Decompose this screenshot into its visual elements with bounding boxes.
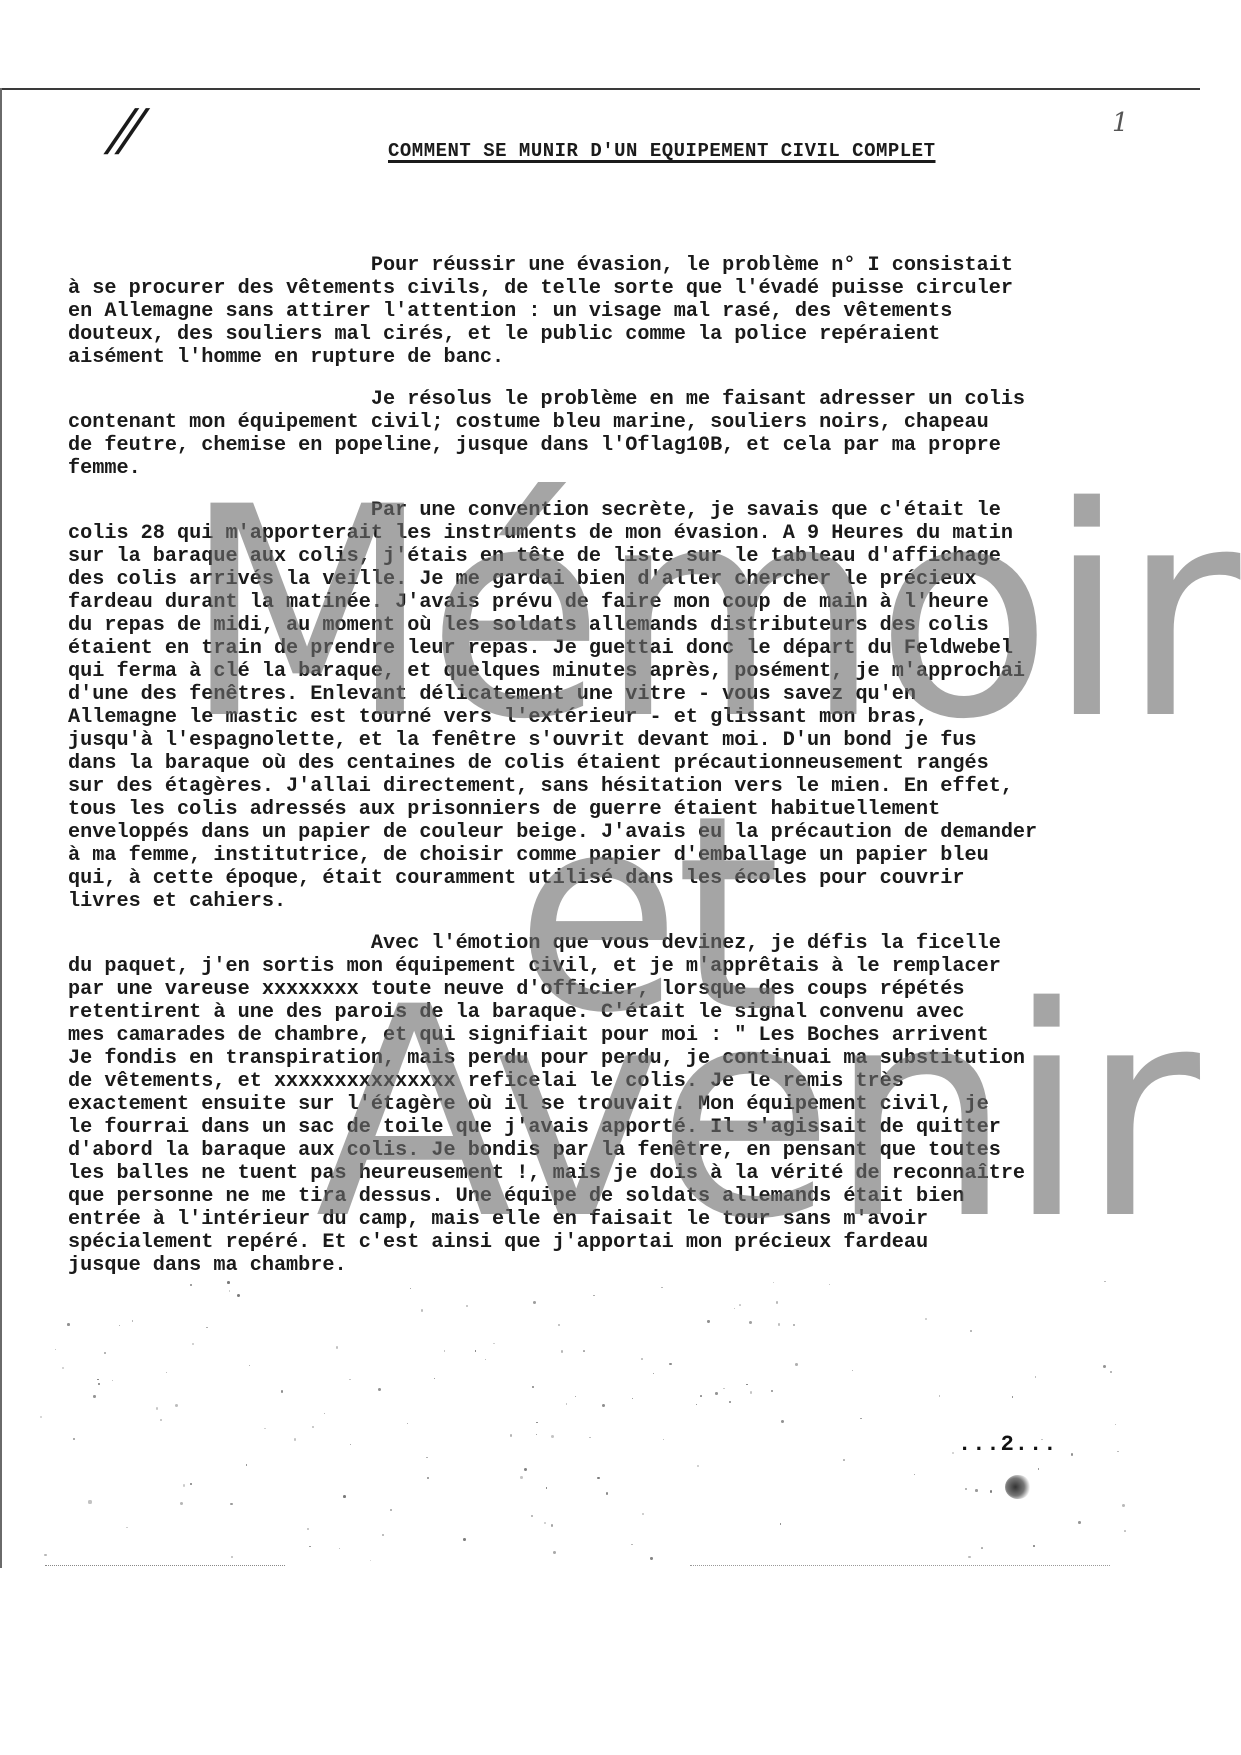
scan-speckle	[723, 1388, 724, 1389]
text-line: contenant mon équipement civil; costume …	[68, 411, 1178, 434]
scan-speckle	[88, 1500, 91, 1503]
scan-speckle	[700, 1395, 702, 1397]
text-line: sur des étagères. J'allai directement, s…	[68, 775, 1178, 798]
scan-speckle	[206, 1327, 208, 1329]
scan-speckle	[852, 1370, 853, 1371]
scan-speckle	[475, 1350, 477, 1352]
scan-speckle	[860, 1418, 862, 1420]
scan-speckle	[536, 1422, 537, 1423]
page-top-edge	[0, 88, 1200, 90]
scan-speckle	[444, 1350, 446, 1352]
scan-speckle	[771, 1390, 774, 1393]
scan-speckle	[485, 1359, 486, 1360]
scan-speckle	[156, 1407, 159, 1410]
text-line: de vêtements, et xxxxxxxxxxxxxxx reficel…	[68, 1070, 1178, 1093]
scan-speckle	[739, 1304, 741, 1306]
text-line: qui ferma à clé la baraque, et quelques …	[68, 660, 1178, 683]
text-line: à se procurer des vêtements civils, de t…	[68, 277, 1178, 300]
page-number: 1	[1112, 108, 1129, 138]
scan-speckle	[749, 1321, 752, 1324]
text-line: à ma femme, institutrice, de choisir com…	[68, 844, 1178, 867]
scan-speckle	[1104, 1281, 1106, 1283]
scan-speckle	[520, 1476, 523, 1479]
scan-speckle	[1038, 1468, 1040, 1470]
text-line: sur la baraque aux colis, j'étais en têt…	[68, 545, 1178, 568]
text-line: Avec l'émotion que vous devinez, je défi…	[68, 932, 1178, 955]
scan-speckle	[237, 1294, 240, 1297]
scan-speckle	[551, 1524, 553, 1526]
text-line: le fourrai dans un sac de toile que j'av…	[68, 1116, 1178, 1139]
text-line: mes camarades de chambre, et qui signifi…	[68, 1024, 1178, 1047]
text-line: retentirent à une des parois de la baraq…	[68, 1001, 1178, 1024]
scan-speckle	[370, 1560, 371, 1561]
scan-speckle	[339, 1548, 340, 1549]
scan-speckle	[166, 1372, 167, 1373]
scan-speckle	[642, 1513, 645, 1516]
scan-speckle	[558, 1324, 560, 1326]
scan-speckle	[952, 1452, 954, 1454]
scan-speckle	[463, 1538, 466, 1541]
scan-speckle	[1122, 1504, 1125, 1507]
scan-speckle	[192, 1343, 194, 1345]
scan-speckle	[510, 1434, 512, 1436]
scan-speckle	[427, 1477, 429, 1479]
scan-speckle	[227, 1281, 230, 1284]
scan-speckle	[1110, 1371, 1112, 1373]
scan-speckle	[593, 1295, 595, 1297]
text-line: en Allemagne sans attirer l'attention : …	[68, 300, 1178, 323]
scan-speckle	[533, 1301, 536, 1304]
scan-speckle	[843, 1459, 845, 1461]
scan-speckle	[551, 1435, 554, 1438]
text-line: livres et cahiers.	[68, 890, 1178, 913]
scan-speckle	[707, 1320, 709, 1322]
scan-speckle	[606, 1492, 608, 1494]
scanned-page: // 1 COMMENT SE MUNIR D'UN EQUIPEMENT CI…	[0, 0, 1241, 1755]
scan-speckle	[349, 1379, 351, 1381]
text-line: colis 28 qui m'apporterait les instrumen…	[68, 522, 1178, 545]
text-line: du paquet, j'en sortis mon équipement ci…	[68, 955, 1178, 978]
scan-speckle	[1078, 1521, 1081, 1524]
text-line: qui, à cette époque, était couramment ut…	[68, 867, 1178, 890]
document-body: Pour réussir une évasion, le problème n°…	[68, 254, 1178, 1296]
scan-speckle	[421, 1309, 424, 1312]
document-title: COMMENT SE MUNIR D'UN EQUIPEMENT CIVIL C…	[388, 140, 936, 162]
scan-speckle	[390, 1509, 392, 1511]
scan-speckle	[734, 1308, 735, 1309]
scan-speckle	[264, 1428, 266, 1430]
paragraph: Je résolus le problème en me faisant adr…	[68, 388, 1178, 480]
scan-speckle	[324, 1413, 325, 1414]
scan-speckle	[1071, 1453, 1074, 1456]
scan-speckle	[180, 1502, 183, 1505]
scan-speckle	[939, 1395, 940, 1396]
scan-speckle	[631, 1544, 632, 1545]
text-line: par une vareuse xxxxxxxx toute neuve d'o…	[68, 978, 1178, 1001]
scan-speckle	[426, 1457, 427, 1458]
scan-speckle	[229, 1290, 230, 1291]
scan-speckle	[975, 1489, 978, 1492]
text-line: jusque dans ma chambre.	[68, 1254, 1178, 1277]
text-line: enveloppés dans un papier de couleur bei…	[68, 821, 1178, 844]
scan-speckle	[175, 1404, 178, 1407]
scan-speckle	[965, 1488, 967, 1490]
text-line: aisément l'homme en rupture de banc.	[68, 346, 1178, 369]
handwritten-margin-mark: //	[106, 98, 139, 163]
scan-speckle	[746, 1384, 748, 1386]
scan-speckle	[104, 1352, 106, 1354]
page-bottom-edge-right	[690, 1565, 1110, 1567]
scan-speckle	[67, 1323, 70, 1326]
scan-speckle	[466, 1305, 468, 1307]
text-line: des colis arrivés la veille. Je me garda…	[68, 568, 1178, 591]
scan-speckle	[231, 1556, 233, 1558]
scan-speckle	[312, 1426, 314, 1428]
paragraph: Pour réussir une évasion, le problème n°…	[68, 254, 1178, 369]
scan-speckle	[407, 1423, 408, 1424]
scan-speckle	[781, 1420, 784, 1423]
scan-speckle	[98, 1383, 100, 1385]
scan-speckle	[669, 1363, 672, 1366]
scan-speckle	[566, 1403, 568, 1405]
page-bottom-edge	[45, 1565, 285, 1567]
page-left-edge	[0, 88, 2, 1568]
text-line: Pour réussir une évasion, le problème n°…	[68, 254, 1178, 277]
scan-speckle	[544, 1522, 546, 1524]
scan-speckle	[532, 1386, 534, 1388]
text-line: entrée à l'intérieur du camp, mais elle …	[68, 1208, 1178, 1231]
scan-speckle	[653, 1373, 654, 1374]
paragraph: Avec l'émotion que vous devinez, je défi…	[68, 932, 1178, 1277]
scan-speckle	[925, 1318, 926, 1319]
scan-speckle	[696, 1404, 697, 1405]
scan-speckle	[650, 1557, 652, 1559]
scan-speckle	[55, 1349, 56, 1350]
scan-speckle	[536, 1434, 537, 1435]
scan-speckle	[190, 1483, 192, 1485]
scan-speckle	[40, 1416, 42, 1418]
scan-speckle	[663, 1439, 664, 1440]
scan-speckle	[697, 1465, 699, 1467]
text-line: spécialement repéré. Et c'est ainsi que …	[68, 1231, 1178, 1254]
scan-speckle	[336, 1346, 339, 1349]
scan-speckle	[1115, 1424, 1116, 1425]
scan-speckle	[62, 1367, 64, 1369]
scan-speckle	[183, 1484, 186, 1487]
scan-speckle	[119, 1325, 120, 1326]
scan-speckle	[524, 1468, 527, 1471]
scan-speckle	[350, 1444, 351, 1445]
scan-speckle	[981, 1547, 983, 1549]
continuation-mark: ...2...	[958, 1432, 1057, 1457]
scan-speckle	[281, 1390, 284, 1393]
text-line: Je fondis en transpiration, mais perdu p…	[68, 1047, 1178, 1070]
scan-speckle	[1033, 1545, 1035, 1547]
ink-smudge	[1005, 1475, 1031, 1499]
scan-speckle	[970, 1330, 972, 1332]
scan-speckle	[246, 1464, 248, 1466]
scan-speckle	[307, 1528, 309, 1530]
scan-speckle	[1117, 1451, 1119, 1453]
text-line: Allemagne le mastic est tourné vers l'ex…	[68, 706, 1178, 729]
scan-speckle	[44, 1554, 46, 1556]
scan-speckle	[309, 1546, 311, 1548]
text-line: jusqu'à l'espagnolette, et la fenêtre s'…	[68, 729, 1178, 752]
scan-speckle	[583, 1350, 585, 1352]
scan-speckle	[641, 1358, 643, 1360]
scan-speckle	[73, 1438, 76, 1441]
text-line: d'une des fenêtres. Enlevant délicatemen…	[68, 683, 1178, 706]
scan-speckle	[126, 1527, 127, 1528]
text-line: d'abord la baraque aux colis. Je bondis …	[68, 1139, 1178, 1162]
scan-speckle	[1124, 1530, 1126, 1532]
text-line: Je résolus le problème en me faisant adr…	[68, 388, 1178, 411]
text-line: de feutre, chemise en popeline, jusque d…	[68, 434, 1178, 457]
scan-speckle	[729, 1401, 731, 1403]
text-line: les balles ne tuent pas heureusement !, …	[68, 1162, 1178, 1185]
text-line: exactement ensuite sur l'étagère où il s…	[68, 1093, 1178, 1116]
text-line: étaient en train de prendre leur repas. …	[68, 637, 1178, 660]
scan-speckle	[230, 1503, 232, 1505]
scan-speckle	[249, 1365, 250, 1366]
scan-speckle	[553, 1551, 556, 1554]
scan-speckle	[795, 1363, 798, 1366]
scan-speckle	[493, 1343, 495, 1345]
scan-speckle	[632, 1398, 633, 1399]
text-line: Par une convention secrète, je savais qu…	[68, 499, 1178, 522]
scan-speckle	[597, 1477, 600, 1480]
scan-speckle	[1012, 1396, 1014, 1398]
scan-speckle	[778, 1323, 780, 1325]
scan-speckle	[561, 1350, 564, 1353]
text-line: que personne ne me tira dessus. Une équi…	[68, 1185, 1178, 1208]
text-line: femme.	[68, 457, 1178, 480]
scan-speckle	[434, 1378, 435, 1379]
scan-speckle	[575, 1396, 576, 1397]
text-line: tous les colis adressés aux prisonniers …	[68, 798, 1178, 821]
scan-speckle	[793, 1324, 795, 1326]
scan-speckle	[112, 1380, 114, 1382]
scan-speckle	[160, 1419, 162, 1421]
text-line: dans la baraque où des centaines de coli…	[68, 752, 1178, 775]
scan-speckle	[546, 1487, 548, 1489]
scan-speckle	[378, 1388, 381, 1391]
scan-speckle	[914, 1474, 915, 1475]
scan-speckle	[589, 1437, 590, 1438]
scan-speckle	[715, 1392, 718, 1395]
scan-speckle	[93, 1395, 95, 1397]
text-line: douteux, des souliers mal cirés, et le p…	[68, 323, 1178, 346]
scan-speckle	[97, 1379, 99, 1381]
scan-speckle	[531, 1515, 533, 1517]
scan-speckle	[750, 1391, 753, 1394]
scan-speckle	[776, 1301, 778, 1303]
scan-speckle	[343, 1495, 346, 1498]
scan-speckle	[990, 1490, 992, 1492]
text-line: du repas de midi, au moment où les solda…	[68, 614, 1178, 637]
scan-speckle	[1035, 1376, 1037, 1378]
scan-speckle	[602, 1404, 605, 1407]
scan-speckle	[1103, 1365, 1106, 1368]
scan-speckle	[132, 1320, 133, 1321]
scan-speckle	[382, 1534, 384, 1536]
paragraph: Par une convention secrète, je savais qu…	[68, 499, 1178, 913]
scan-speckle	[968, 1556, 971, 1559]
scan-speckle	[294, 1438, 296, 1440]
text-line: fardeau durant la matinée. J'avais prévu…	[68, 591, 1178, 614]
scan-speckle	[780, 1523, 782, 1525]
